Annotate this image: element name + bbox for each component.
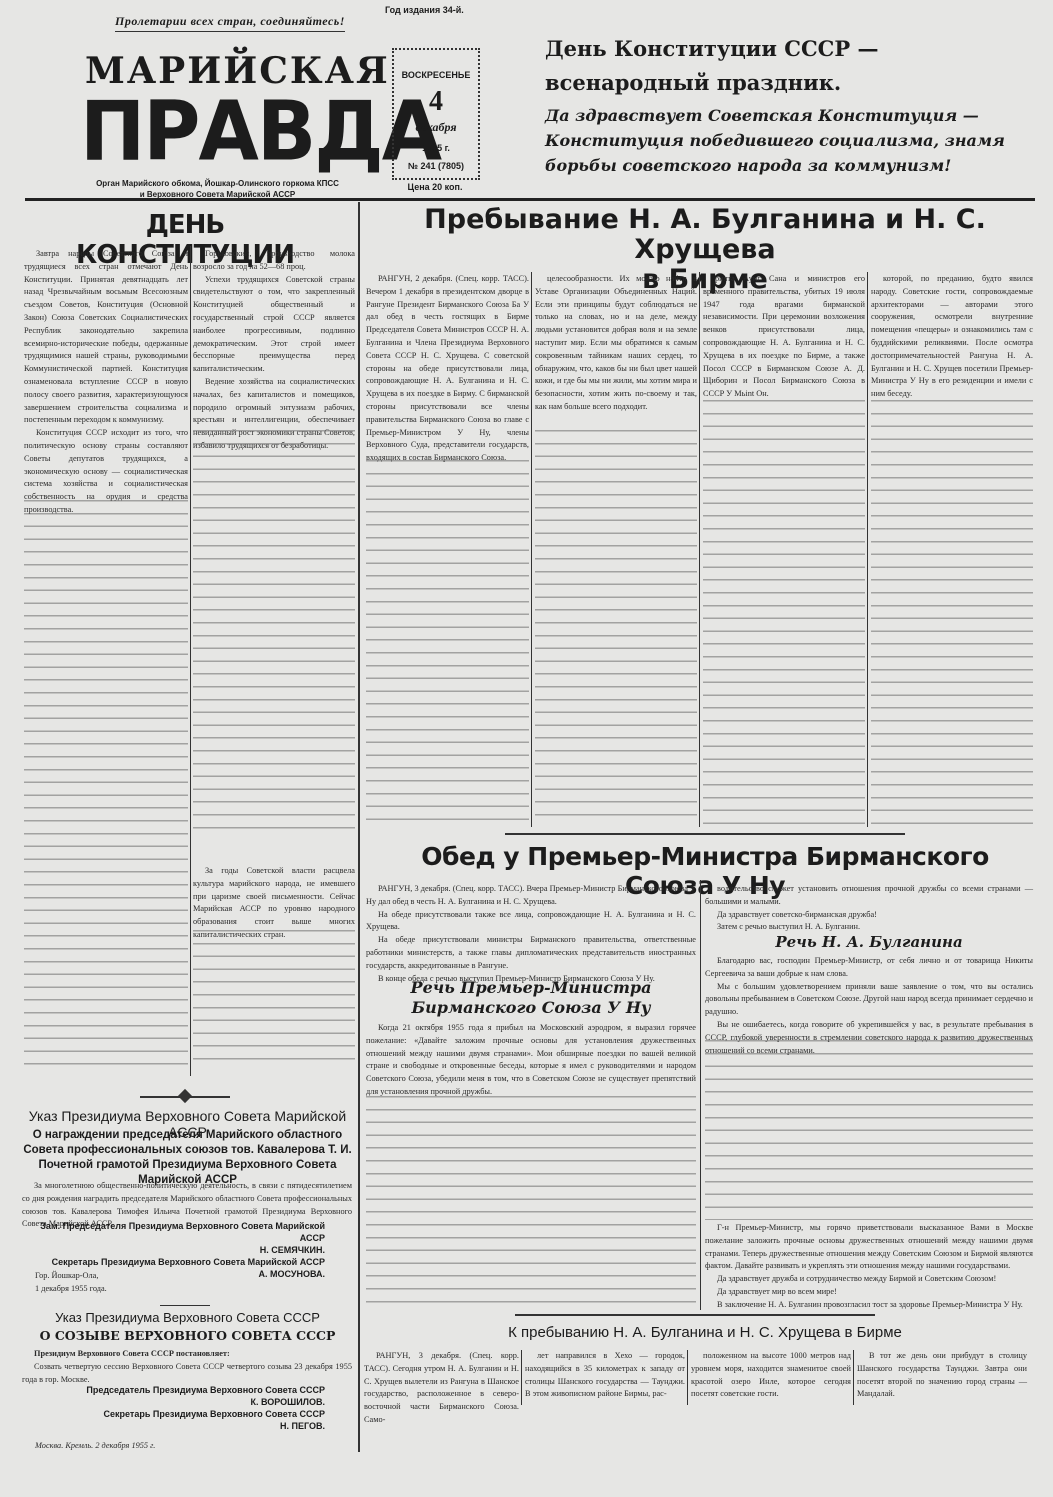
newspaper-name-line2: ПРАВДА [80,90,355,174]
paragraph: Завтра народы Советского Союза и трудящи… [24,248,188,427]
column-divider [687,1350,688,1405]
year-of-issue: Год издания 34-й. [385,5,505,15]
separator [160,1305,210,1306]
paragraph: Благодарю вас, господин Премьер-Министр,… [705,955,1033,981]
year: 1955 г. [394,143,478,153]
speech-bulganin-title: Речь Н. А. Булганина [705,933,1033,951]
speech-bulganin-text [705,1040,1033,1220]
paragraph: Успехи трудящихся Советской страны свиде… [193,274,355,376]
dinner-intro: РАНГУН, 3 декабря. (Спец. корр. ТАСС). В… [366,883,696,985]
newspaper-organ: Орган Марийского обкома, Йошкар-Олинског… [85,178,350,200]
signer-name: К. ВОРОШИЛОВ. [30,1396,325,1408]
paragraph: Мы с большим удовлетворением приняли ваш… [705,981,1033,1019]
paragraph: водительство сможет установить отношения… [705,883,1033,909]
trip-column-3: положенном на высоте 1000 метров над уро… [691,1350,851,1401]
visit-column-2-text [535,430,697,825]
visit-column-1-text [366,460,529,825]
date-box: ВОСКРЕСЕНЬЕ 4 декабря 1955 г. № 241 (780… [392,48,480,180]
paragraph: Да здравствует дружба и сотрудничество м… [705,1273,1033,1286]
decree-ussr-subtitle: О СОЗЫВЕ ВЕРХОВНОГО СОВЕТА СССР [20,1328,355,1343]
decree-intro: Президиум Верховного Совета СССР постано… [22,1348,352,1361]
editorial-column-2: Горьковский, производство молока возросл… [193,248,355,453]
month: декабря [394,120,478,135]
price: Цена 20 коп. [385,182,485,192]
paragraph: В тот же день они прибудут в столицу Шан… [857,1350,1027,1401]
column-divider [853,1350,854,1405]
signer-title: Секретарь Президиума Верховного Совета М… [30,1256,325,1268]
paragraph: которой, по преданию, будто явился народ… [871,273,1033,401]
editorial-column-1-text [24,500,188,1070]
visit-column-1: РАНГУН, 2 декабря. (Спец. корр. ТАСС). В… [366,273,529,465]
paragraph: На обеде присутствовали министры Бирманс… [366,934,696,972]
signer-title: Секретарь Президиума Верховного Совета С… [30,1408,325,1420]
decree-ussr-place-date: Москва. Кремль. 2 декабря 1955 г. [35,1440,295,1453]
paragraph: РАНГУН, 3 декабря. (Спец. корр. ТАСС). С… [364,1350,519,1427]
visit-column-3: рията Аунг Сана и министров его временно… [703,273,865,401]
organ-line1: Орган Марийского обкома, Йошкар-Олинског… [85,178,350,189]
speech-bulganin-end: Г-н Премьер-Министр, мы горячо приветств… [705,1222,1033,1312]
separator [505,833,905,835]
masthead-rule [25,198,1035,201]
paragraph: рията Аунг Сана и министров его временно… [703,273,865,401]
dinner-column-2: водительство сможет установить отношения… [705,883,1033,934]
visit-title-line1: Пребывание Н. А. Булганина и Н. С. Хруще… [380,205,1030,265]
issue-number: № 241 (7805) [394,161,478,171]
paragraph: целесообразности. Их можно найти в Устав… [535,273,697,414]
decree-ussr-signatures: Председатель Президиума Верховного Совет… [30,1384,325,1432]
paragraph: Да здравствует мир во всем мире! [705,1286,1033,1299]
party-motto: Пролетарии всех стран, соединяйтесь! [115,14,345,32]
signer-name: Н. СЕМЯЧКИН. [30,1244,325,1256]
editorial-column-1: Завтра народы Советского Союза и трудящи… [24,248,188,517]
paragraph: РАНГУН, 3 декабря. (Спец. корр. ТАСС). В… [366,883,696,909]
paragraph: Когда 21 октября 1955 года я прибыл на М… [366,1022,696,1099]
day: 4 [394,86,478,118]
column-divider [699,272,700,827]
weekday: ВОСКРЕСЕНЬЕ [394,70,478,80]
paragraph: Г-н Премьер-Министр, мы горячо приветств… [705,1222,1033,1273]
visit-column-2: целесообразности. Их можно найти в Устав… [535,273,697,414]
speech-u-nu-body: Когда 21 октября 1955 года я прибыл на М… [366,1022,696,1099]
trip-column-1: РАНГУН, 3 декабря. (Спец. корр. ТАСС). С… [364,1350,519,1427]
speech-u-nu-title: Речь Премьер-Министра Бирманского Союза … [366,978,696,1018]
signer-title: Председатель Президиума Верховного Совет… [30,1384,325,1396]
section-divider [358,202,360,1452]
paragraph: Созвать четвертую сессию Верховного Сове… [22,1361,352,1387]
column-divider [531,272,532,827]
signer-name: Н. ПЕГОВ. [30,1420,325,1432]
lead-headline: День Конституции СССР — всенародный праз… [545,32,1040,100]
paragraph: положенном на высоте 1000 метров над уро… [691,1350,851,1401]
trip-column-4: В тот же день они прибудут в столицу Шан… [857,1350,1027,1401]
decree-mari-subtitle: О награждении председателя Марийского об… [20,1128,355,1188]
paragraph: лет направился в Хехо — городок, находящ… [525,1350,685,1401]
visit-column-4-text [871,400,1033,825]
place: Гор. Йошкар-Ола, [35,1270,235,1283]
decree-ussr-body: Президиум Верховного Совета СССР постано… [22,1348,352,1386]
paragraph: В заключение Н. А. Булганин провозгласил… [705,1299,1033,1312]
visit-column-4: которой, по преданию, будто явился народ… [871,273,1033,401]
column-divider [700,880,701,1310]
paragraph: На обеде присутствовали также все лица, … [366,909,696,935]
date: 1 декабря 1955 года. [35,1283,235,1296]
visit-column-3-text [703,400,865,825]
editorial-column-2-text [193,430,355,830]
ornament-diamond-icon [178,1089,192,1103]
decree-mari-place-date: Гор. Йошкар-Ола, 1 декабря 1955 года. [35,1270,235,1296]
paragraph: РАНГУН, 2 декабря. (Спец. корр. ТАСС). В… [366,273,529,465]
signer-title: Зам. Председателя Президиума Верховного … [30,1220,325,1244]
trip-title: К пребыванию Н. А. Булганина и Н. С. Хру… [380,1324,1030,1341]
column-divider [521,1350,522,1405]
speech-u-nu-text [366,1096,696,1306]
editorial-column-2-end-text [193,930,355,1070]
paragraph: Да здравствует советско-бирманская дружб… [705,909,1033,922]
decree-ussr-title: Указ Президиума Верховного Совета СССР [20,1310,355,1325]
paragraph: Горьковский, производство молока возросл… [193,248,355,274]
lead-slogan: Да здравствует Советская Конституция — К… [545,103,1040,178]
column-divider [190,246,191,1076]
trip-column-2: лет направился в Хехо — городок, находящ… [525,1350,685,1401]
separator [515,1314,875,1316]
column-divider [867,272,868,827]
